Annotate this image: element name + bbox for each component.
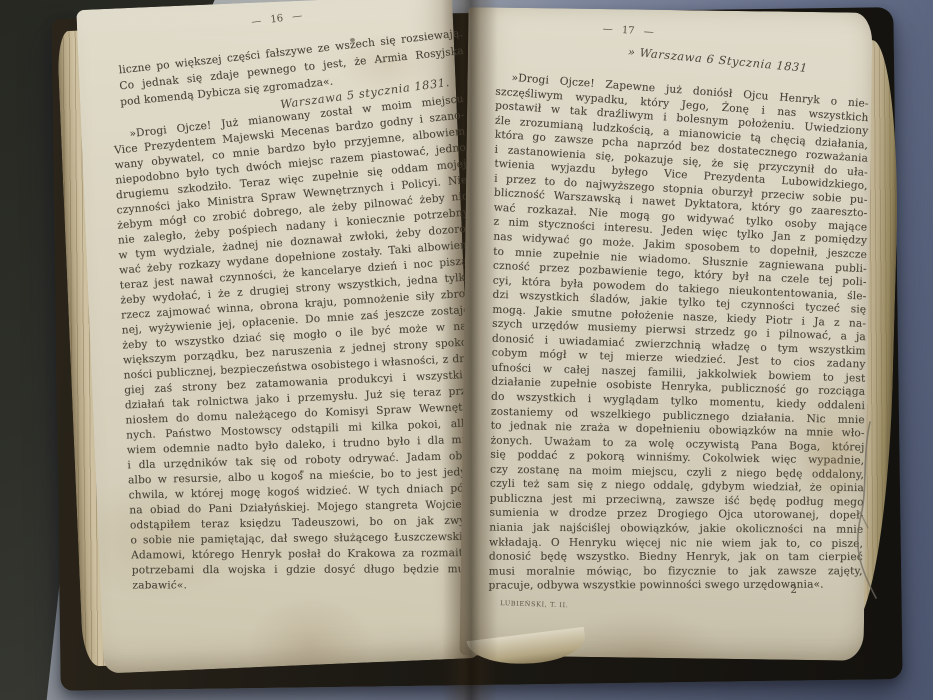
- paper-speck: [350, 38, 355, 42]
- printer-signature-number: 2: [790, 584, 797, 596]
- book-photo: — 16 — liczne po większej części fałszyw…: [0, 0, 933, 700]
- right-letter-body: »Drogi Ojcze! Zapewne już doniósł Ojcu H…: [488, 70, 869, 599]
- left-page: — 16 — liczne po większej części fałszyw…: [76, 0, 479, 674]
- right-page: — 17 — » Warszawa 6 Stycznia 1831 »Drogi…: [459, 7, 872, 661]
- left-letter-body: »Drogi Ojcze! Już mianowany został w moi…: [113, 114, 484, 593]
- volume-footer: LUBIEŃSKI, T. II.: [500, 599, 568, 609]
- paper-stain: [800, 418, 866, 508]
- paper-speck: [300, 470, 304, 473]
- left-folio-number: — 16 —: [217, 6, 337, 32]
- right-folio-number: — 17 —: [573, 22, 683, 40]
